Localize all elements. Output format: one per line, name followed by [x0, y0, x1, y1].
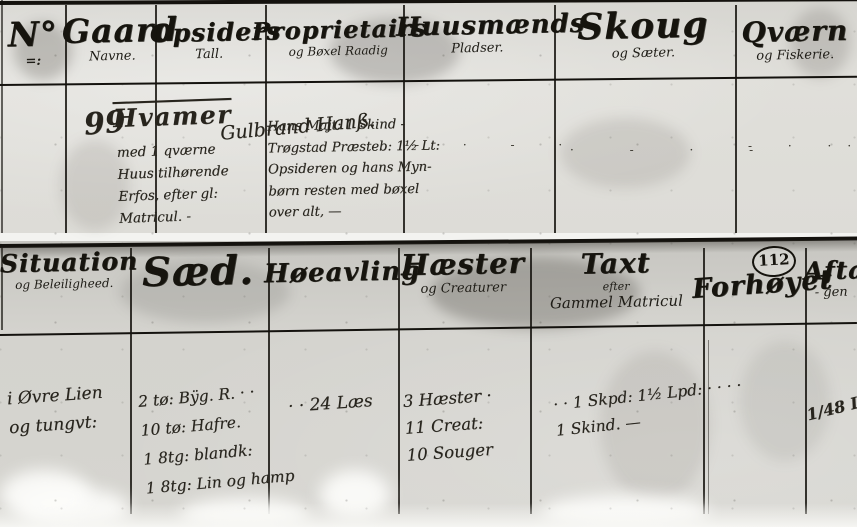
column-header-skoug-label: Skoug [547, 6, 738, 46]
column-header-huusmaend: Huusmænds Pladser. [396, 11, 559, 58]
scanned-register-page: N° =: Gaard Navne. Opsiders Tall. Propri… [0, 0, 857, 527]
farm-note: med 1 qværne Huus tilhørende Erfos, efte… [116, 138, 230, 230]
column-header-taxt: Taxt efter Gammel Matricul [527, 248, 704, 313]
column-header-gaard-sub: Navne. [62, 49, 162, 66]
column-header-aftagen: Afta - gen [804, 257, 857, 301]
proprietair-line: over alt, — [269, 199, 442, 224]
farm-name: Hvamer [113, 100, 233, 133]
ditto-marks-qvaern: - · ·· [748, 139, 857, 153]
scan-bottom-fade [0, 503, 857, 527]
column-header-gaard: Gaard Navne. [61, 13, 162, 66]
column-header-haester-sub: og Creaturer [396, 281, 530, 299]
farm-note-line: Matricul. - [119, 204, 231, 230]
saed-entry: 2 tø: Bÿg. R. · · 10 tø: Hafre. 1 8tg: b… [137, 375, 296, 504]
column-header-no-sub: =: [0, 54, 66, 70]
column-header-hoeavling: Høeavling [264, 259, 401, 288]
column-header-situation: Situation og Beleiligheed. [0, 249, 128, 293]
column-header-gaard-label: Gaard [61, 13, 162, 48]
column-header-forhoyet: Forhøyet [691, 268, 809, 303]
column-header-saed-label: Sæd. [128, 251, 269, 294]
column-header-aftagen-label: Afta [804, 257, 857, 283]
ink-bleed-ghost [740, 341, 830, 461]
column-header-opsiders-label: Opsiders [150, 19, 268, 46]
proprietair-entry: Hans Majt: 1 Skind - Trøgstad Præsteb: 1… [267, 114, 441, 224]
column-header-opsiders: Opsiders Tall. [150, 19, 269, 64]
column-header-taxt-sub2: Gammel Matricul [528, 292, 704, 313]
proprietair-line: Hans Majt: 1 Skind - [267, 114, 440, 139]
column-header-saed: Sæd. [128, 251, 269, 294]
column-header-opsiders-sub: Tall. [150, 47, 268, 64]
proprietair-line: Opsideren og hans Myn- [268, 156, 441, 181]
column-header-no-label: N° [0, 17, 66, 52]
column-header-haester: Hæster og Creaturer [396, 249, 531, 299]
column-header-taxt-label: Taxt [527, 248, 704, 280]
column-header-qvaern-label: Qværn [733, 17, 857, 48]
proprietair-line: børn resten med bøxel [268, 178, 441, 203]
column-header-haester-label: Hæster [396, 249, 531, 281]
farm-note-line: Erfos, efter gl: [118, 182, 230, 208]
column-header-situation-label: Situation [0, 249, 128, 277]
column-header-forhoyet-label: Forhøyet [691, 268, 809, 303]
column-header-aftagen-sub: - gen [804, 285, 857, 301]
column-header-qvaern: Qværn og Fiskerie. [733, 17, 857, 66]
column-header-hoeavling-label: Høeavling [264, 259, 401, 288]
column-header-qvaern-sub: og Fiskerie. [733, 48, 857, 66]
situation-entry: i Øvre Lien og tungvt: [6, 379, 106, 444]
column-header-no: N° =: [0, 17, 67, 70]
column-header-situation-sub: og Beleiligheed. [0, 277, 128, 293]
column-header-huusmaend-label: Huusmænds [396, 11, 559, 40]
creatures-entry: 3 Hæster · 11 Creat: 10 Souger [402, 382, 496, 469]
column-header-skoug: Skoug og Sæter. [547, 6, 738, 64]
proprietair-line: Trøgstad Præsteb: 1½ Lt: [267, 135, 440, 160]
